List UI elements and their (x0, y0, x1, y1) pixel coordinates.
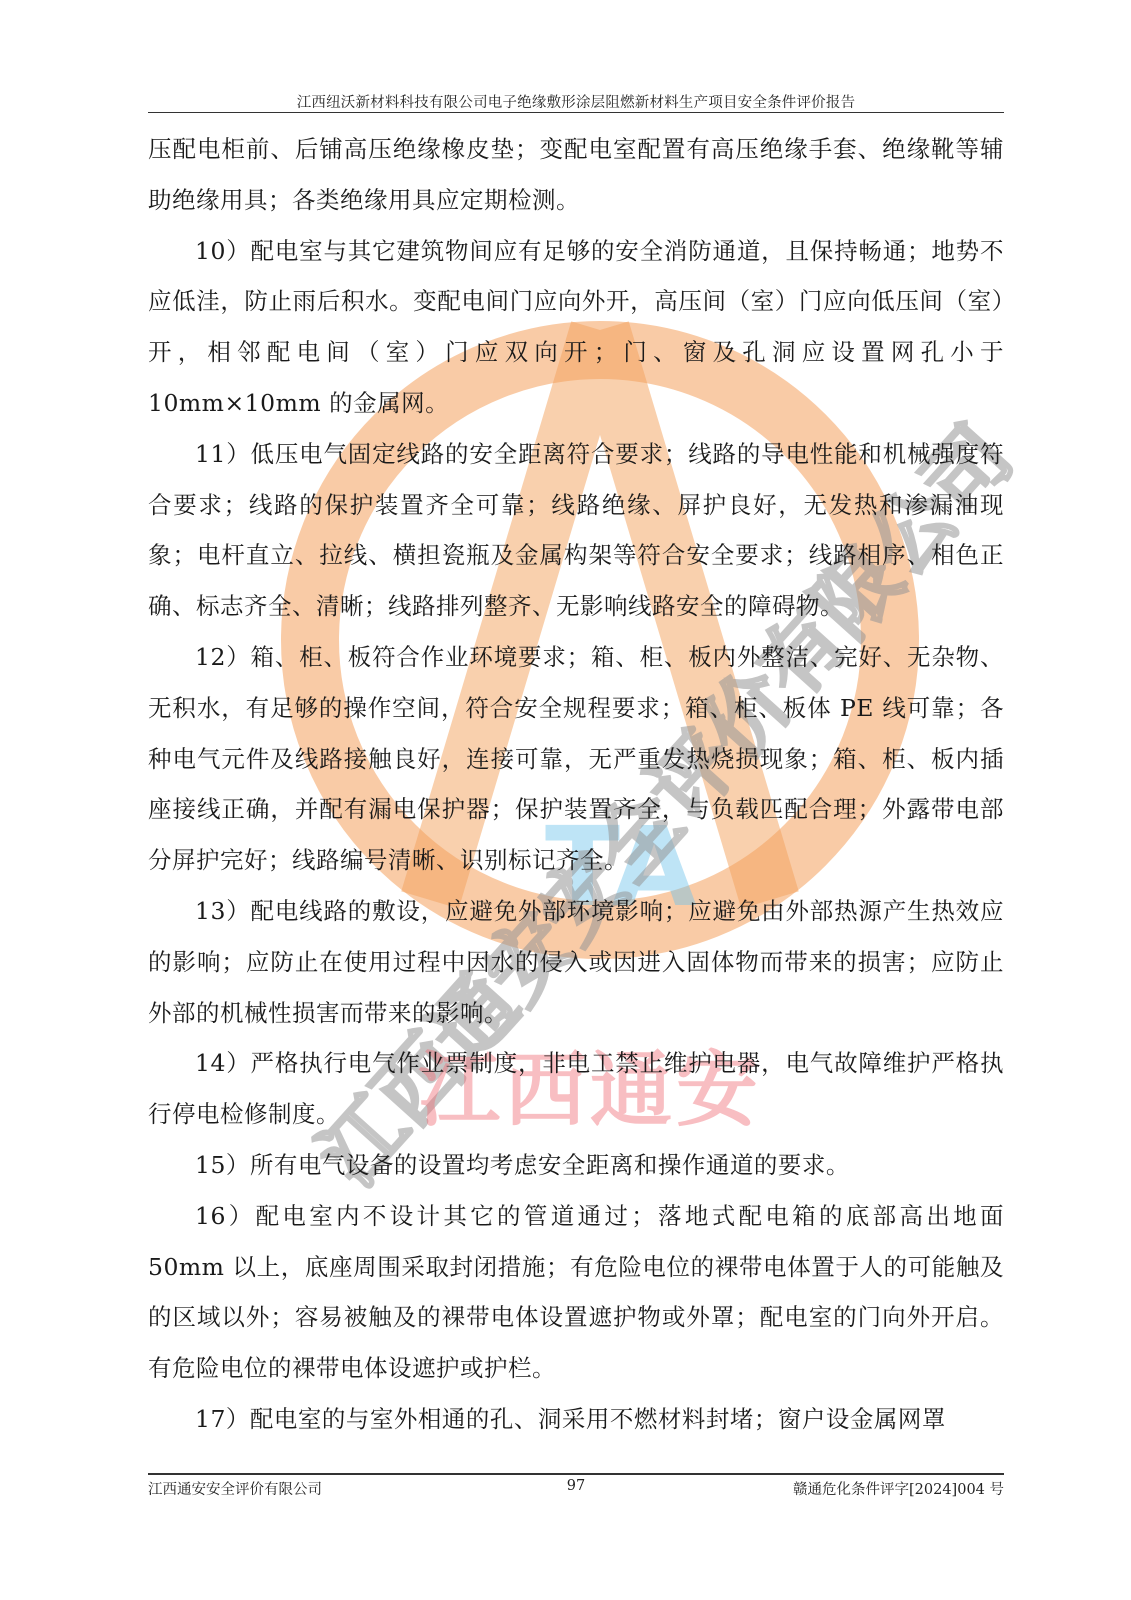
document-body: 压配电柜前、后铺高压绝缘橡皮垫；变配电室配置有高压绝缘手套、绝缘靴等辅助绝缘用具… (148, 124, 1004, 1445)
paragraph-item-16: 16）配电室内不设计其它的管道通过；落地式配电箱的底部高出地面 50mm 以上，… (148, 1191, 1004, 1394)
paragraph-item-12: 12）箱、柜、板符合作业环境要求；箱、柜、板内外整洁、完好、无杂物、无积水，有足… (148, 632, 1004, 886)
paragraph-item-13: 13）配电线路的敷设，应避免外部环境影响；应避免由外部热源产生热效应的影响；应防… (148, 886, 1004, 1038)
paragraph-continuation: 压配电柜前、后铺高压绝缘橡皮垫；变配电室配置有高压绝缘手套、绝缘靴等辅助绝缘用具… (148, 124, 1004, 226)
paragraph-item-15: 15）所有电气设备的设置均考虑安全距离和操作通道的要求。 (148, 1140, 1004, 1191)
paragraph-item-14: 14）严格执行电气作业票制度，非电工禁止维护电器，电气故障维护严格执行停电检修制… (148, 1038, 1004, 1140)
paragraph-item-17: 17）配电室的与室外相通的孔、洞采用不燃材料封堵；窗户设金属网罩 (148, 1394, 1004, 1445)
footer-divider (148, 1473, 1004, 1475)
paragraph-item-10: 10）配电室与其它建筑物间应有足够的安全消防通道，且保持畅通；地势不应低洼，防止… (148, 226, 1004, 429)
paragraph-item-11: 11）低压电气固定线路的安全距离符合要求；线路的导电性能和机械强度符合要求；线路… (148, 429, 1004, 632)
document-footer: 江西通安安全评价有限公司 97 赣通危化条件评字[2024]004 号 (148, 1478, 1004, 1500)
footer-document-number: 赣通危化条件评字[2024]004 号 (793, 1478, 1004, 1499)
header-divider (148, 112, 1004, 113)
document-header-title: 江西纽沃新材料科技有限公司电子绝缘敷形涂层阻燃新材料生产项目安全条件评价报告 (148, 91, 1004, 112)
